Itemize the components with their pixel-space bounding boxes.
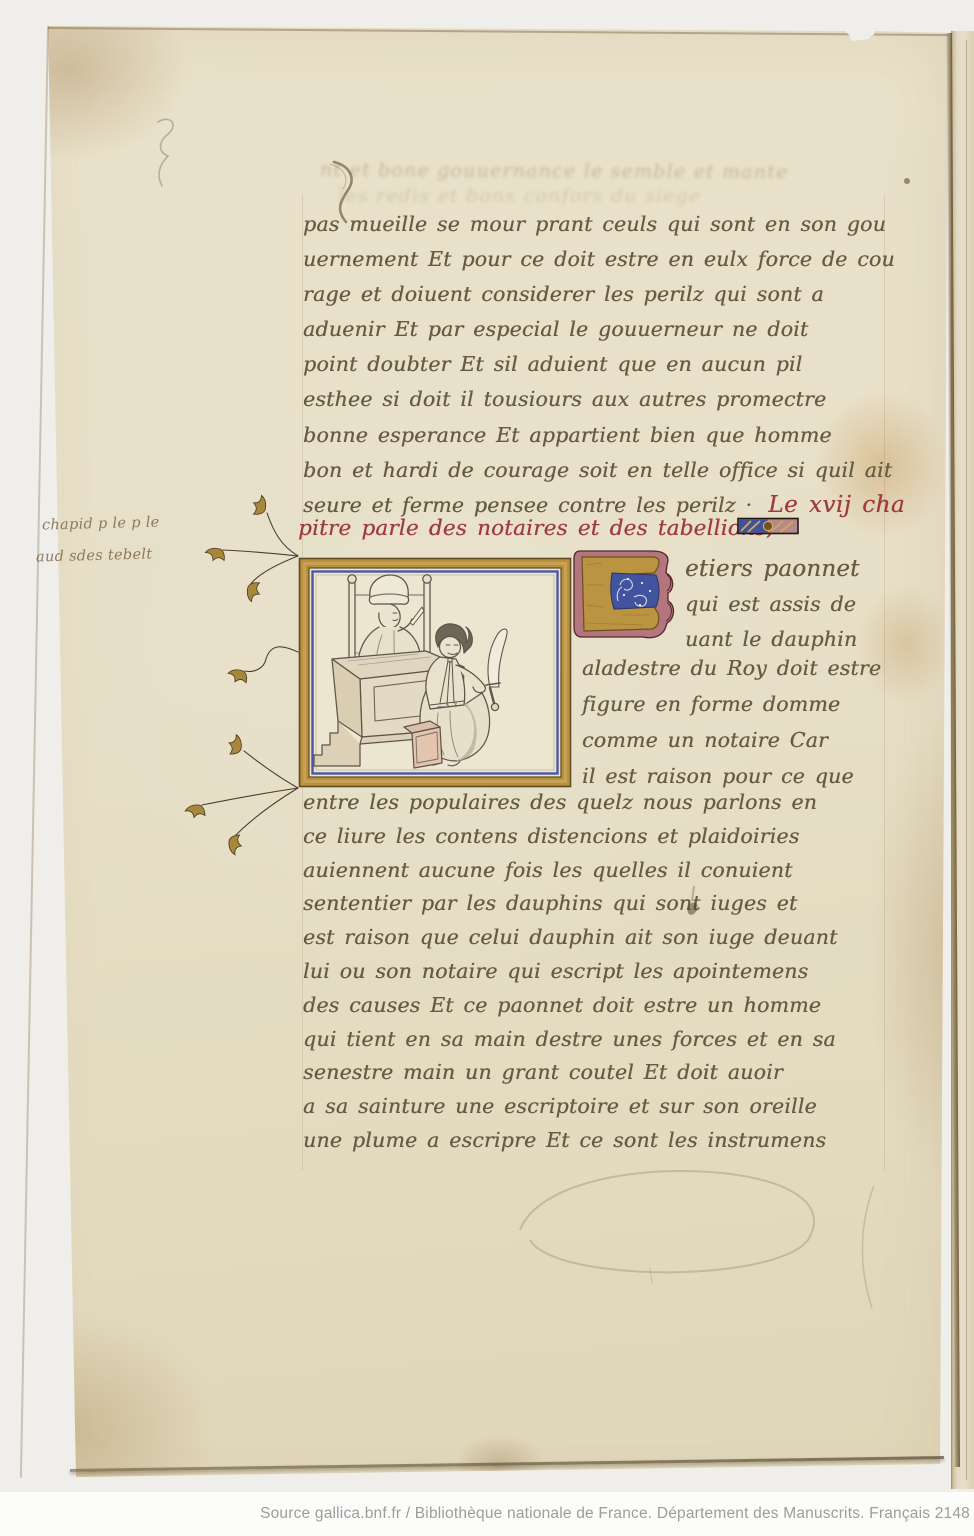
source-caption: Source gallica.bnf.fr / Bibliothèque nat… (0, 1492, 974, 1536)
page-edge-left (20, 26, 49, 1478)
chapter-rubric-run-in: Le xvij cha (768, 492, 905, 518)
text-line: une plume a escripre Et ce sont les inst… (303, 1124, 838, 1158)
miniature-judge-and-notary (298, 557, 572, 788)
gutter-shadow (946, 33, 960, 1467)
show-through-text: nt et bone gouuernance le semble et mant… (320, 159, 789, 183)
text-line: comme un notaire Car (582, 722, 881, 758)
text-line: des causes Et ce paonnet doit estre un h… (303, 989, 838, 1023)
text-line: aduenir Et par especial le gouuerneur ne… (303, 312, 905, 347)
text-line: pas mueille se mour prant ceuls qui sont… (303, 207, 905, 242)
text-block-beside-miniature: aladestre du Roy doit estre figure en fo… (582, 650, 881, 794)
illuminated-initial (572, 545, 674, 643)
next-folio-edge (951, 31, 974, 1489)
text-line-end: seure et ferme pensee contre les perilz … (303, 493, 752, 517)
line-filler-ornament (737, 517, 799, 535)
text-line: figure en forme domme (582, 686, 881, 722)
text-line: senestre main un grant coutel Et doit au… (303, 1056, 838, 1090)
show-through-text: les redis et bons confors du siege (338, 185, 701, 207)
faint-oval-flourish (500, 1158, 845, 1288)
text-line: bon et hardi de courage soit en telle of… (303, 453, 905, 488)
text-line: point doubter Et sil aduient que en aucu… (303, 347, 905, 382)
source-caption-bar: Source gallica.bnf.fr / Bibliothèque nat… (0, 1492, 974, 1536)
pencil-squiggle (146, 112, 190, 196)
next-folio-line (966, 40, 967, 1480)
text-line: bonne esperance Et appartient bien que h… (303, 418, 905, 453)
text-line: qui est assis de (685, 587, 860, 622)
text-line: ce liure les contens distencions et plai… (303, 820, 838, 854)
marginal-note: chapid p le p le (42, 514, 160, 533)
scanned-manuscript-viewer: { "caption": { "text": "Source gallica.b… (0, 0, 974, 1536)
text-line: sententier par les dauphins qui sont iug… (303, 887, 838, 921)
marginal-note: aud sdes tebelt (36, 546, 153, 565)
text-line: a sa sainture une escriptoire et sur son… (303, 1090, 838, 1124)
text-block-beside-initial: etiers paonnet qui est assis de uant le … (685, 552, 860, 657)
faint-margin-curve (852, 1182, 878, 1312)
text-line: qui tient en sa main destre unes forces … (303, 1023, 838, 1057)
text-line: auiennent aucune fois les quelles il con… (303, 854, 838, 888)
chapter-rubric: pitre parle des notaires et des tabellio… (298, 516, 773, 541)
text-line: etiers paonnet (685, 552, 860, 587)
text-line: est raison que celui dauphin ait son iug… (303, 921, 838, 955)
text-line: aladestre du Roy doit estre (582, 650, 881, 686)
text-line: rage et doiuent considerer les perilz qu… (303, 277, 905, 312)
text-line: lui ou son notaire qui escript les apoin… (303, 955, 838, 989)
text-block-top: pas mueille se mour prant ceuls qui sont… (303, 207, 905, 523)
ivy-border-decoration (175, 475, 315, 875)
text-line: entre les populaires des quelz nous parl… (303, 786, 838, 820)
text-line: esthee si doit il tousiours aux autres p… (303, 382, 905, 417)
wormhole-spot (904, 178, 910, 184)
text-block-bottom: entre les populaires des quelz nous parl… (303, 786, 838, 1158)
text-line: uernement Et pour ce doit estre en eulx … (303, 242, 905, 277)
